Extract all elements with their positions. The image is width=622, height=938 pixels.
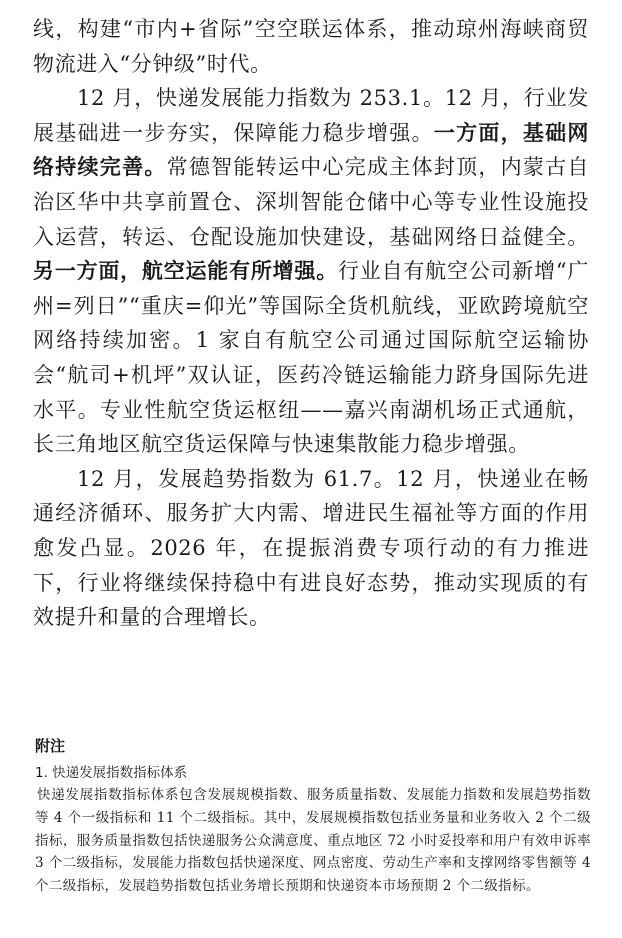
paragraph-air-transport-continuation: 线，构建“市内+省际”空空联运体系，推动琼州海峡商贸物流进入“分钟级”时代。 — [33, 12, 589, 81]
note-body: 快递发展指数指标体系包含发展规模指数、服务质量指数、发展能力指数和发展趋势指数等… — [35, 784, 591, 898]
paragraph-text: 行业自有航空公司新增“广州=列日”“重庆=仰光”等国际全货机航线，亚欧跨境航空网… — [33, 259, 589, 456]
notes-section: 附注 1. 快递发展指数指标体系 快递发展指数指标体系包含发展规模指数、服务质量… — [35, 734, 591, 898]
paragraph-development-trend: 12 月，发展趋势指数为 61.7。12 月，快递业在畅通经济循环、服务扩大内需… — [33, 462, 589, 635]
document-body: 线，构建“市内+省际”空空联运体系，推动琼州海峡商贸物流进入“分钟级”时代。 1… — [33, 12, 589, 635]
paragraph-text: 线，构建“市内+省际”空空联运体系，推动琼州海峡商贸物流进入“分钟级”时代。 — [33, 17, 589, 76]
paragraph-text: 12 月，发展趋势指数为 61.7。12 月，快递业在畅通经济循环、服务扩大内需… — [33, 467, 589, 629]
notes-title: 附注 — [35, 734, 591, 758]
note-heading: 1. 快递发展指数指标体系 — [35, 762, 591, 784]
paragraph-development-capacity: 12 月，快递发展能力指数为 253.1。12 月，行业发展基础进一步夯实，保障… — [33, 81, 589, 462]
bold-highlight-aviation: 另一方面，航空运能有所增强。 — [33, 258, 338, 283]
